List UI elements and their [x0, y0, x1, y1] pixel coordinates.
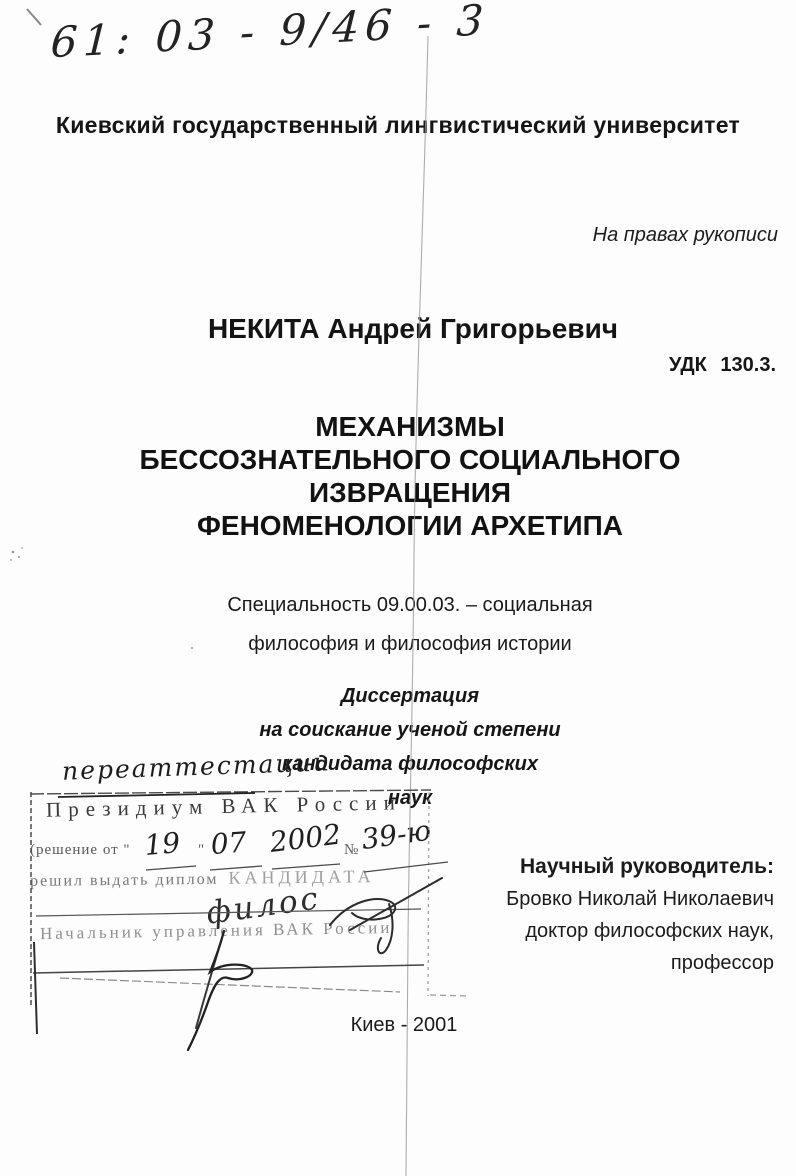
stamp-diploma-text: решил выдать диплом	[30, 871, 219, 890]
title-line-4: ФЕНОМЕНОЛОГИИ АРХЕТИПА	[24, 509, 796, 542]
scanned-dissertation-title-page: 61: 03 - 9/46 - 3 Киевский государственн…	[0, 0, 796, 1176]
stamp-closing-quote: "	[198, 842, 204, 859]
author-name: НЕКИТА Андрей Григорьевич	[30, 313, 796, 345]
city-year: Киев - 2001	[12, 1014, 796, 1037]
dissertation-type-block: Диссертация на соискание ученой степени …	[24, 679, 796, 815]
handwritten-call-number: 61: 03 - 9/46 - 3	[49, 0, 490, 67]
stamp-handwritten-day: 19	[143, 826, 181, 862]
dissertation-title: МЕХАНИЗМЫ БЕССОЗНАТЕЛЬНОГО СОЦИАЛЬНОГО И…	[24, 410, 796, 542]
supervisor-label: Научный руководитель:	[506, 851, 774, 883]
supervisor-rank: профессор	[506, 947, 774, 979]
stamp-decision-label: (решение от "	[30, 842, 131, 859]
corner-pen-mark	[27, 9, 41, 25]
manuscript-rights-note: На правах рукописи	[593, 224, 778, 247]
dissertation-line-1: Диссертация	[24, 679, 796, 713]
stamp-handwritten-month: 07	[210, 826, 248, 861]
signature-flourish	[330, 878, 442, 953]
title-line-1: МЕХАНИЗМЫ	[24, 410, 796, 443]
stamp-handwritten-number: 39-ю	[359, 814, 433, 856]
dissertation-line-2: на соискание ученой степени	[24, 713, 796, 747]
specialty-line-1: Специальность 09.00.03. – социальная	[24, 586, 796, 625]
stamp-diploma-line: решил выдать дипломКАНДИДАТА	[30, 866, 375, 891]
university-name: Киевский государственный лингвистический…	[0, 112, 796, 139]
supervisor-block: Научный руководитель: Бровко Николай Ник…	[506, 851, 774, 979]
udc-code: УДК 130.3.	[669, 354, 776, 377]
supervisor-name: Бровко Николай Николаевич	[506, 883, 774, 915]
supervisor-degree: доктор философских наук,	[506, 915, 774, 947]
title-line-3: ИЗВРАЩЕНИЯ	[24, 476, 796, 509]
stamp-official-line: Начальник управления ВАК России	[40, 918, 393, 944]
specialty-line-2: философия и философия истории	[24, 625, 796, 664]
specialty-block: Специальность 09.00.03. – социальная фил…	[24, 586, 796, 664]
title-line-2: БЕССОЗНАТЕЛЬНОГО СОЦИАЛЬНОГО	[24, 443, 796, 476]
stamp-handwritten-year: 2002	[268, 818, 343, 859]
stamp-number-label: №	[344, 842, 358, 859]
